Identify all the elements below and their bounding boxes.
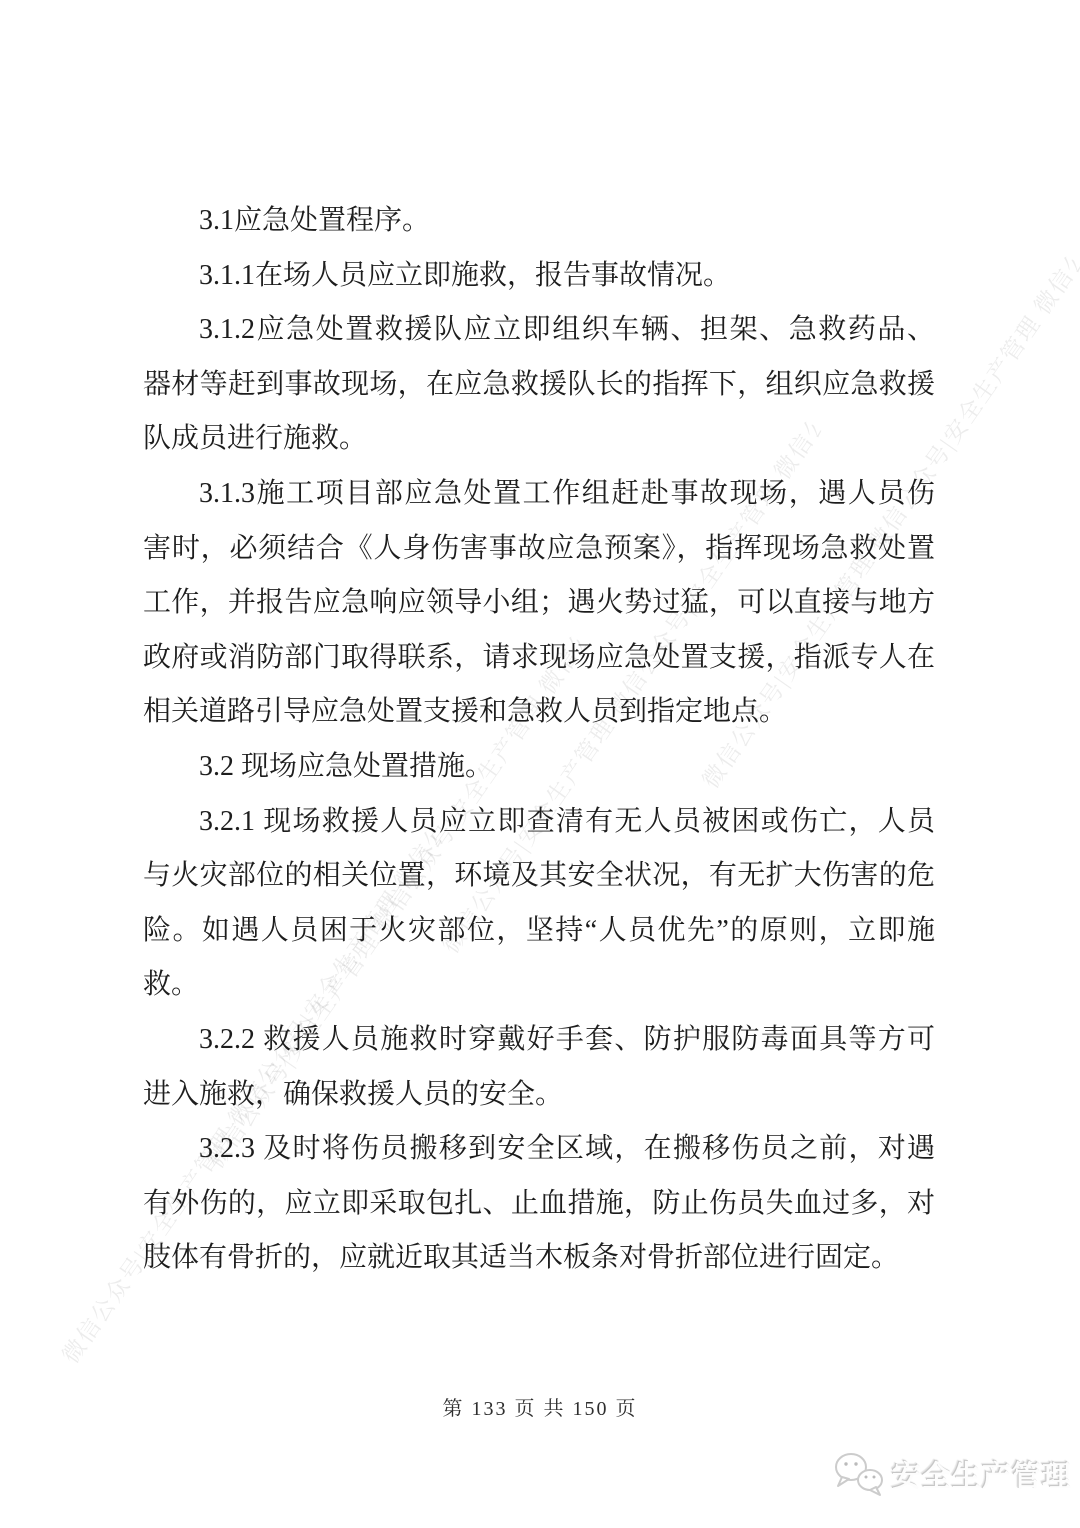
- text-line: 3.1.1在场人员应立即施救，报告事故情况。: [143, 249, 935, 304]
- brand-name: 安全生产管理: [892, 1454, 1072, 1495]
- text-line: 工作，并报告应急响应领导小组；遇火势过猛，可以直接与地方: [143, 576, 935, 631]
- text-line: 3.2.2 救援人员施救时穿戴好手套、防护服防毒面具等方可: [143, 1013, 935, 1068]
- text-line: 救。: [143, 958, 935, 1013]
- text-line: 害时，必须结合《人身伤害事故应急预案》，指挥现场急救处置: [143, 522, 935, 577]
- text-line: 器材等赶到事故现场，在应急救援队长的指挥下，组织应急救援: [143, 358, 935, 413]
- text-line: 3.2 现场应急处置措施。: [143, 740, 935, 795]
- brand-logo: 安全生产管理: [832, 1450, 1072, 1498]
- text-line: 3.1.2应急处置救援队应立即组织车辆、担架、急救药品、: [143, 303, 935, 358]
- document-body: 3.1应急处置程序。 3.1.1在场人员应立即施救，报告事故情况。 3.1.2应…: [143, 194, 935, 1286]
- document-page: 微信公众号|安全生产管理 微信公众号|安全生产管理 微信公众号|安全生产管理 微…: [0, 0, 1080, 1528]
- text-line: 进入施救，确保救援人员的安全。: [143, 1068, 935, 1123]
- text-line: 有外伤的，应立即采取包扎、止血措施，防止伤员失血过多，对: [143, 1177, 935, 1232]
- wechat-icon: [832, 1450, 886, 1498]
- page-number: 第 133 页 共 150 页: [443, 1398, 638, 1420]
- text-line: 肢体有骨折的，应就近取其适当木板条对骨折部位进行固定。: [143, 1231, 935, 1286]
- page-footer: 第 133 页 共 150 页: [0, 1392, 1080, 1421]
- text-line: 3.1.3施工项目部应急处置工作组赶赴事故现场，遇人员伤: [143, 467, 935, 522]
- text-line: 3.1应急处置程序。: [143, 194, 935, 249]
- text-line: 险。如遇人员困于火灾部位，坚持“人员优先”的原则，立即施: [143, 904, 935, 959]
- text-line: 政府或消防部门取得联系，请求现场应急处置支援，指派专人在: [143, 631, 935, 686]
- text-line: 与火灾部位的相关位置，环境及其安全状况，有无扩大伤害的危: [143, 849, 935, 904]
- text-line: 队成员进行施救。: [143, 412, 935, 467]
- text-line: 3.2.3 及时将伤员搬移到安全区域，在搬移伤员之前，对遇: [143, 1122, 935, 1177]
- text-line: 相关道路引导应急处置支援和急救人员到指定地点。: [143, 685, 935, 740]
- text-line: 3.2.1 现场救援人员应立即查清有无人员被困或伤亡，人员: [143, 795, 935, 850]
